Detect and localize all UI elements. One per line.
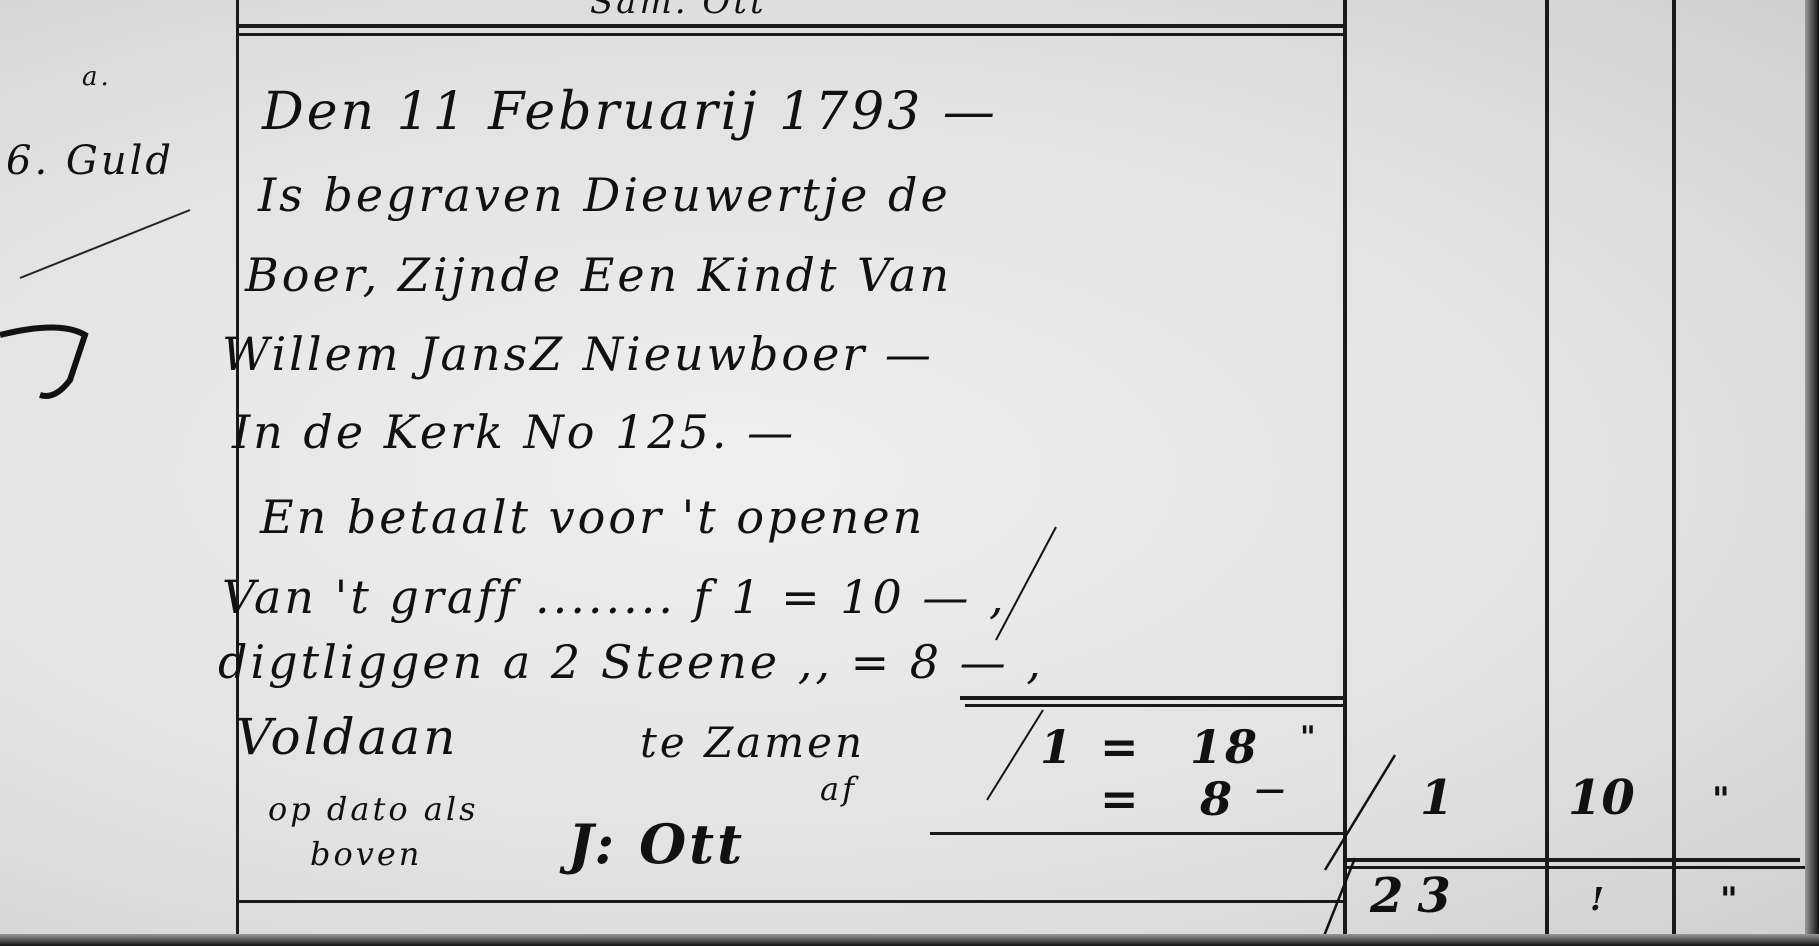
page-edge-right: [1805, 0, 1819, 946]
entry-line-2: Is begraven Dieuwertje de: [258, 168, 951, 222]
entry-line-7: Van 't graff ........ f 1 = 10 — ,: [222, 570, 1007, 624]
date-note-line-2: boven: [310, 835, 422, 873]
margin-letter: a.: [82, 62, 112, 92]
deduction-penningen: —: [1255, 772, 1288, 807]
page-edge-bottom: [0, 934, 1819, 946]
ledger-row1-guilders: 1: [1420, 770, 1453, 826]
total-equals: =: [1100, 720, 1142, 774]
ledger-row2-stuivers: !: [1590, 880, 1604, 918]
header-fragment: Sam. Ott: [590, 0, 767, 22]
entry-line-8: digtliggen a 2 Steene ,, = 8 — ,: [218, 635, 1044, 689]
total-penningen: ": [1300, 720, 1319, 755]
margin-fee: 6. Guld: [6, 138, 174, 184]
register-page: Sam. Ott a. 6. Guld Den 11 Februarij 179…: [0, 0, 1819, 946]
entry-line-5: In de Kerk No 125. —: [232, 405, 796, 459]
entry-line-4: Willem JansZ Nieuwboer —: [222, 327, 934, 381]
paid-note: Voldaan: [236, 708, 458, 766]
total-stuivers: 18: [1190, 720, 1260, 774]
total-label: te Zamen: [640, 718, 865, 767]
entry-line-3: Boer, Zijnde Een Kindt Van: [245, 248, 952, 302]
entry-line-1: Den 11 Februarij 1793 —: [262, 82, 998, 142]
total-guilders: 1: [1040, 720, 1075, 774]
signature: J: Ott: [568, 812, 745, 876]
ledger-row1-penningen: ": [1712, 780, 1730, 820]
ledger-row2-guilders: 23: [1370, 868, 1465, 924]
deduction-label: af: [820, 770, 857, 808]
deduction-stuivers: 8: [1200, 772, 1235, 826]
deduction-equals: =: [1100, 772, 1142, 826]
date-note-line-1: op dato als: [268, 790, 479, 828]
ledger-row2-penningen: ": [1720, 880, 1738, 920]
entry-line-6: En betaalt voor 't openen: [260, 490, 925, 544]
ledger-row1-stuivers: 10: [1568, 770, 1635, 826]
